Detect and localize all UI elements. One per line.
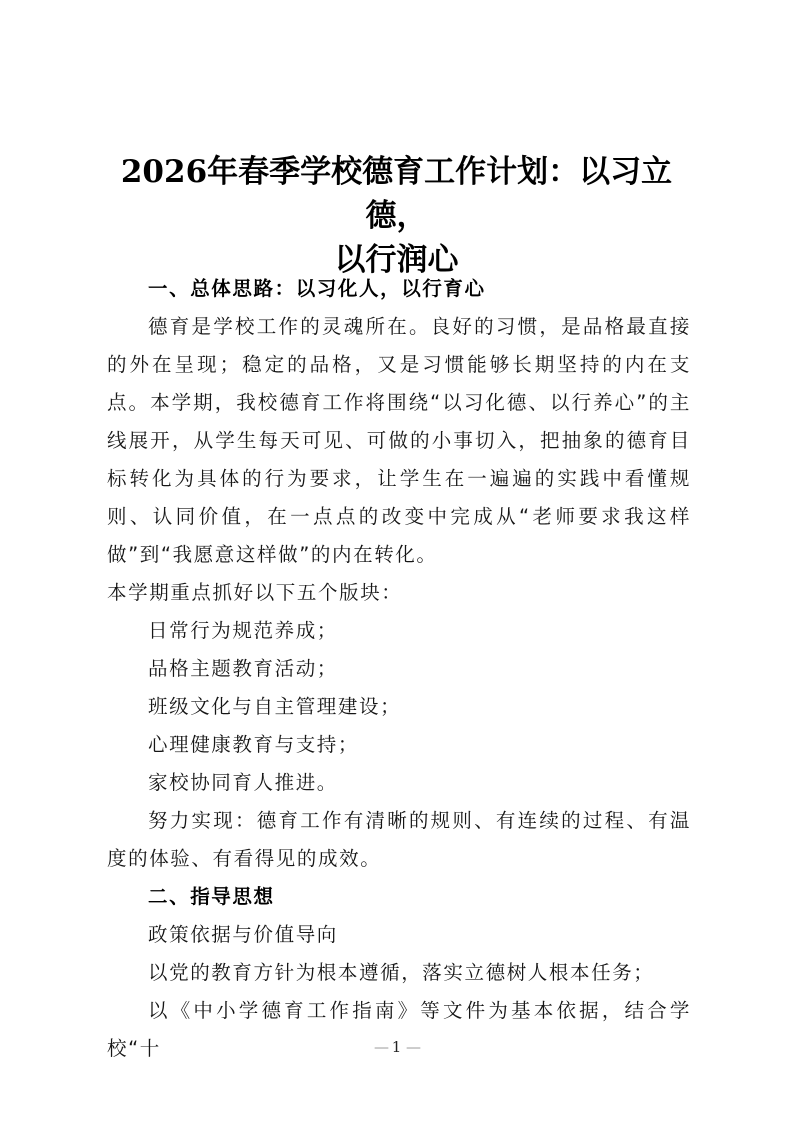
page-number: 1 [392,1038,402,1056]
list-item-daily-behavior: 日常行为规范养成； [107,612,691,650]
document-title: 2026年春季学校德育工作计划：以习立德， 以行润心 [100,150,693,282]
paragraph-policy-basis: 政策依据与价值导向 [107,916,691,954]
list-item-class-culture: 班级文化与自主管理建设； [107,688,691,726]
section-heading-guiding-ideology: 二、指导思想 [107,878,691,916]
list-item-home-school: 家校协同育人推进。 [107,764,691,802]
paragraph-moral-education-intro: 德育是学校工作的灵魂所在。良好的习惯，是品格最直接的外在呈现；稳定的品格，又是习… [107,308,691,574]
paragraph-party-policy: 以党的教育方针为根本遵循，落实立德树人根本任务； [107,954,691,992]
title-line-1: 2026年春季学校德育工作计划：以习立德， [100,150,693,238]
paragraph-five-sections-intro: 本学期重点抓好以下五个版块： [107,574,691,612]
document-body: 一、总体思路：以习化人，以行育心 德育是学校工作的灵魂所在。良好的习惯，是品格最… [107,270,691,1068]
page-dash-left: — [374,1038,387,1056]
page-dash-right: — [406,1038,419,1056]
document-page: 2026年春季学校德育工作计划：以习立德， 以行润心 一、总体思路：以习化人，以… [0,0,793,1122]
paragraph-guidelines: 以《中小学德育工作指南》等文件为基本依据，结合学校“十 [107,992,691,1068]
list-item-mental-health: 心理健康教育与支持； [107,726,691,764]
page-number-footer: — 1 — [0,1038,793,1056]
list-item-character-education: 品格主题教育活动； [107,650,691,688]
section-heading-overall-approach: 一、总体思路：以习化人，以行育心 [107,270,691,308]
paragraph-goals: 努力实现：德育工作有清晰的规则、有连续的过程、有温度的体验、有看得见的成效。 [107,802,691,878]
